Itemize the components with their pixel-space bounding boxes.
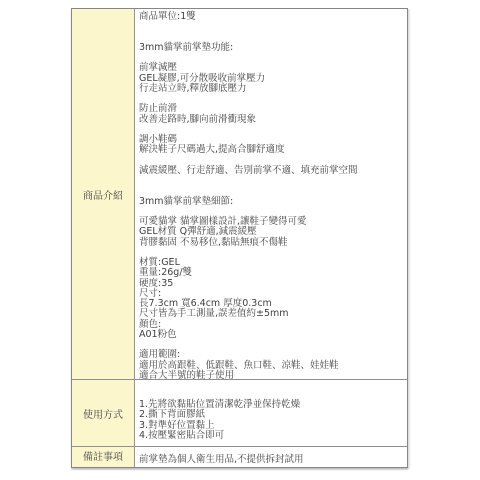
text-line: 顏色:: [139, 320, 403, 330]
notes-label: 備註事項: [83, 448, 123, 463]
text-line: 減震緩壓、行走舒適、告別前掌不適、填充前掌空間: [139, 166, 403, 176]
text-line: 硬度:35: [139, 279, 403, 289]
label-cell-product-intro: 商品介紹: [72, 9, 135, 380]
text-line: 背膠黏固 不易移位,黏貼無痕不傷鞋: [139, 238, 403, 248]
text-line: 改善走路時,腳向前滑衝現象: [139, 115, 403, 125]
text-line: [139, 176, 403, 186]
text-line: 商品單位:1雙: [139, 12, 403, 22]
text-line: 解決鞋子尺碼過大,提高合腳舒適度: [139, 145, 403, 155]
text-line: 適合大半號的鞋子使用: [139, 371, 403, 380]
text-line: 4.按壓緊密貼合即可: [139, 431, 403, 442]
text-line: 尺寸皆為手工測量,誤差值約±5mm: [139, 309, 403, 319]
usage-label: 使用方式: [83, 406, 123, 421]
text-line: 3mm貓掌前掌墊功能:: [139, 43, 403, 53]
notes-content: 前掌墊為個人衛生用品,不提供拆封試用: [135, 447, 407, 467]
text-line: 3mm貓掌前掌墊細節:: [139, 197, 403, 207]
text-line: 行走站立時,釋放腳底壓力: [139, 84, 403, 94]
text-line: [139, 125, 403, 135]
text-line: 重量:26g/雙: [139, 268, 403, 278]
product-intro-content: 商品單位:1雙 3mm貓掌前掌墊功能: 前掌減壓GEL凝膠,可分散吸收前掌壓力行…: [135, 9, 407, 380]
text-line: [139, 53, 403, 63]
text-line: 前掌減壓: [139, 63, 403, 73]
product-intro-label: 商品介紹: [83, 187, 123, 202]
text-line: [139, 22, 403, 32]
text-line: 防止前滑: [139, 104, 403, 114]
text-line: [139, 186, 403, 196]
text-line: 適用範圍:: [139, 350, 403, 360]
label-cell-usage: 使用方式: [72, 380, 135, 447]
label-cell-notes: 備註事項: [72, 447, 135, 467]
text-line: [139, 94, 403, 104]
text-line: 前掌墊為個人衛生用品,不提供拆封試用: [139, 455, 403, 465]
text-line: A01粉色: [139, 330, 403, 340]
usage-content: 1.先將欲黏貼位置清潔乾淨並保持乾燥2.撕下背面膠紙3.對準好位置黏上4.按壓緊…: [135, 380, 407, 447]
text-line: GEL材質 Q彈舒適,減震緩壓: [139, 227, 403, 237]
product-spec-table: 商品介紹 商品單位:1雙 3mm貓掌前掌墊功能: 前掌減壓GEL凝膠,可分散吸收…: [71, 8, 408, 468]
